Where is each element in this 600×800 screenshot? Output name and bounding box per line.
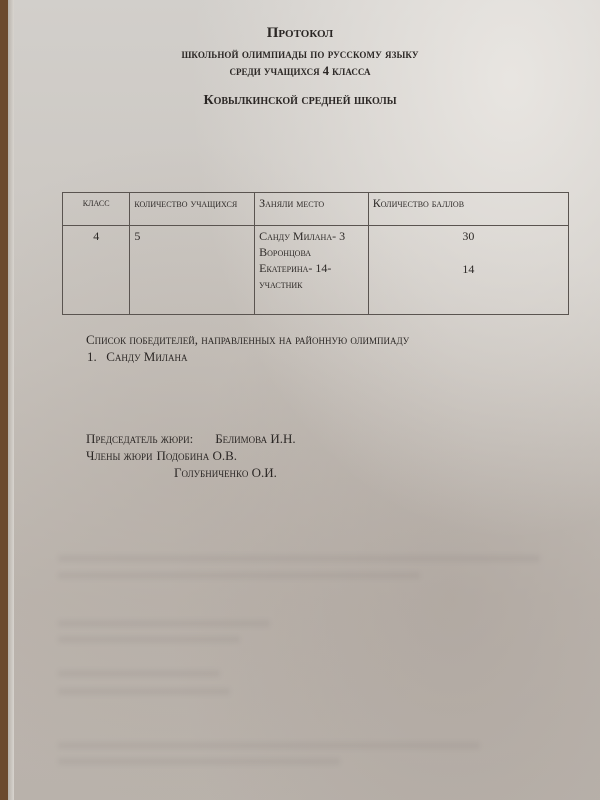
results-table: класс количество учащихся Заняли место К… [62, 192, 569, 315]
paper-edge [8, 0, 14, 800]
jury-member: Голубниченко О.И. [174, 465, 277, 480]
cell-places: Санду Милана- 3 Воронцова Екатерина- 14-… [255, 226, 369, 315]
jury-chair-row: Председатель жюри:Белимова И.Н. [86, 430, 296, 447]
table-header-row: класс количество учащихся Заняли место К… [63, 193, 569, 226]
bleed-through-line [58, 670, 220, 677]
paper-sheet [8, 0, 600, 800]
cell-student-count: 5 [130, 226, 255, 315]
bleed-through-line [58, 620, 270, 627]
document-subtitle-line1: школьной олимпиады по русскому языку [0, 47, 600, 62]
jury-member: Подобина О.В. [156, 448, 237, 463]
place-entry: Санду Милана- 3 [259, 228, 364, 244]
winners-heading: Список победителей, направленных на райо… [86, 331, 409, 348]
winners-section: Список победителей, направленных на райо… [86, 331, 409, 365]
table-row: 4 5 Санду Милана- 3 Воронцова Екатерина-… [63, 226, 569, 315]
header-class: класс [63, 193, 130, 226]
header-scores: Количество баллов [368, 193, 568, 226]
score-entry: 30 [373, 228, 564, 244]
list-item-name: Санду Милана [106, 349, 187, 364]
bleed-through-line [58, 688, 230, 695]
jury-members-label: Члены жюри [86, 448, 152, 463]
document-title-text: Протокол [267, 25, 334, 42]
list-item-number: 1. [87, 348, 103, 365]
cell-class: 4 [63, 226, 130, 315]
subtitle-line2-text: среди учащихся 4 класса [230, 64, 371, 79]
jury-members-row-2: Голубниченко О.И. [86, 464, 296, 481]
place-entry: Воронцова Екатерина- 14- участник [259, 244, 364, 292]
school-name-text: Ковылкинской средней школы [203, 93, 396, 109]
bleed-through-line [58, 758, 340, 765]
score-entry: 14 [373, 261, 564, 277]
document-subtitle-line2: среди учащихся 4 класса [0, 64, 600, 79]
header-student-count: количество учащихся [130, 193, 255, 226]
jury-members-row: Члены жюриПодобина О.В. [86, 447, 296, 464]
jury-chair-label: Председатель жюри: [86, 431, 193, 446]
bleed-through-line [58, 636, 240, 643]
document-title: Протокол [0, 25, 600, 42]
cell-scores: 30 14 [368, 226, 568, 315]
jury-section: Председатель жюри:Белимова И.Н. Члены жю… [86, 430, 296, 481]
spacer [373, 244, 564, 261]
header-places: Заняли место [255, 193, 369, 226]
bleed-through-line [58, 742, 480, 749]
jury-chair-name: Белимова И.Н. [215, 431, 295, 446]
bleed-through-line [58, 572, 420, 579]
list-item: 1. Санду Милана [86, 348, 409, 365]
subtitle-line1-text: школьной олимпиады по русскому языку [181, 47, 418, 62]
school-name: Ковылкинской средней школы [0, 93, 600, 109]
bleed-through-line [58, 555, 540, 562]
